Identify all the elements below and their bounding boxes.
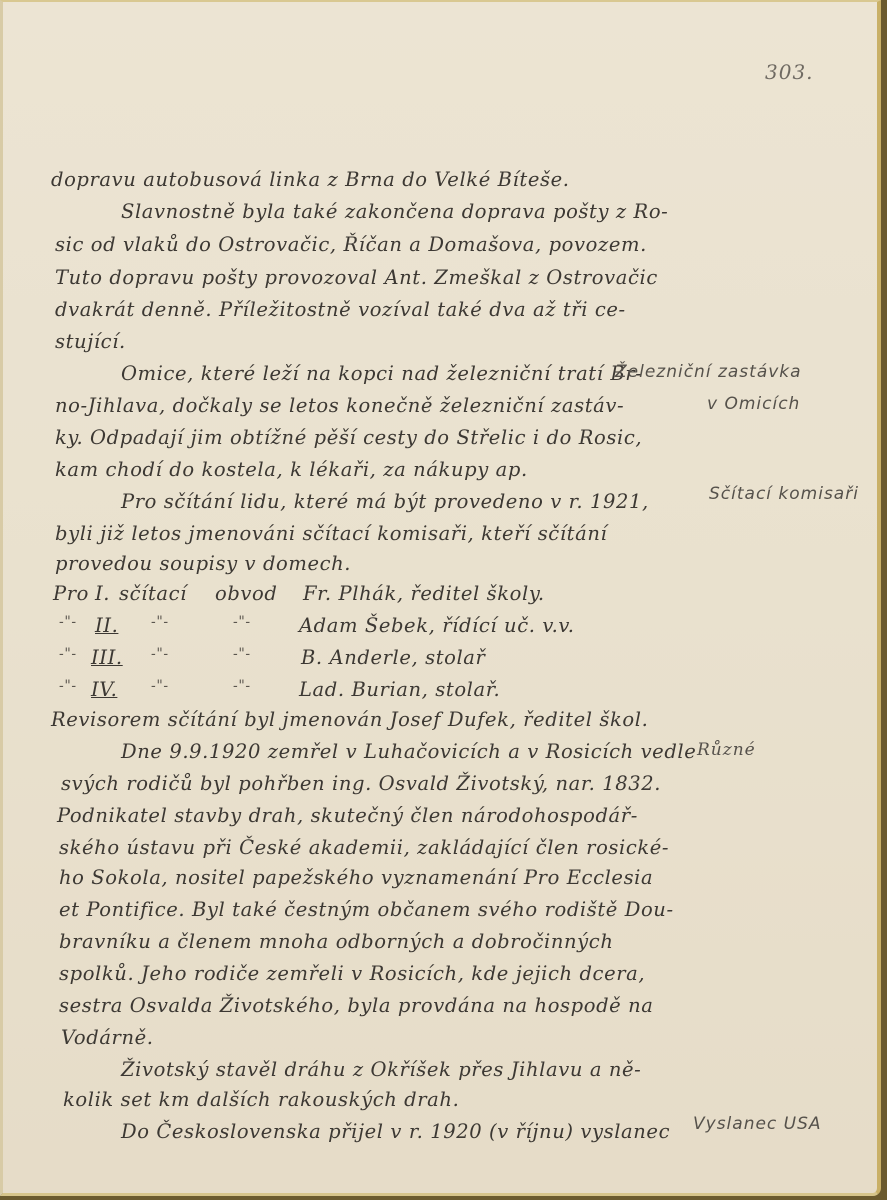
row-prefix: -"-	[59, 614, 77, 630]
margin-note-envoy: Vyslanec USA	[693, 1114, 822, 1134]
margin-note-railway-stop-place: v Omicích	[707, 394, 800, 414]
margin-note-railway-stop: Železniční zastávka	[615, 362, 802, 382]
text-line: sestra Osvalda Životského, byla provdána…	[59, 994, 653, 1017]
district-number: II.	[95, 614, 118, 637]
text-line: ho Sokola, nositel papežského vyznamenán…	[59, 866, 653, 889]
text-line: byli již letos jmenováni sčítací komisař…	[55, 522, 607, 545]
text-line: Omice, které leží na kopci nad železničn…	[121, 362, 642, 385]
row-person: Fr. Plhák, ředitel školy.	[303, 582, 545, 605]
text-line: kolik set km dalších rakouských drah.	[63, 1088, 459, 1111]
margin-note-various: Různé	[697, 740, 756, 760]
text-line: Slavnostně byla také zakončena doprava p…	[121, 200, 668, 223]
text-line: Podnikatel stavby drah, skutečný člen ná…	[57, 804, 638, 827]
row-person: Adam Šebek, řídící uč. v.v.	[299, 614, 575, 637]
text-line: Vodárně.	[61, 1026, 154, 1049]
district-number: IV.	[91, 678, 117, 701]
row-prefix: -"-	[59, 678, 77, 694]
text-line: Pro sčítání lidu, které má být provedeno…	[121, 490, 649, 513]
text-line: Životský stavěl dráhu z Okříšek přes Jih…	[121, 1058, 641, 1081]
text-line: Tuto dopravu pošty provozoval Ant. Zmešk…	[55, 266, 658, 289]
row-prefix: -"-	[59, 646, 77, 662]
row-col2: -"-	[151, 646, 169, 662]
text-line: Revisorem sčítání byl jmenován Josef Duf…	[51, 708, 648, 731]
row-person: B. Anderle, stolař	[301, 646, 485, 669]
row-col3: -"-	[233, 614, 251, 630]
row-col3: obvod	[215, 582, 277, 605]
text-line: spolků. Jeho rodiče zemřeli v Rosicích, …	[59, 962, 645, 985]
text-line: no-Jihlava, dočkaly se letos konečně žel…	[55, 394, 624, 417]
district-number: I.	[95, 582, 110, 605]
text-line: bravníku a členem mnoha odborných a dobr…	[59, 930, 613, 953]
page-number: 303.	[765, 60, 814, 84]
text-line: Dne 9.9.1920 zemřel v Luhačovicích a v R…	[121, 740, 696, 763]
row-person: Lad. Burian, stolař.	[299, 678, 500, 701]
row-prefix: Pro	[53, 582, 89, 605]
text-line: et Pontifice. Byl také čestným občanem s…	[59, 898, 674, 921]
text-line: sic od vlaků do Ostrovačic, Říčan a Doma…	[55, 233, 647, 256]
row-col2: -"-	[151, 614, 169, 630]
text-line: ky. Odpadají jim obtížné pěší cesty do S…	[55, 426, 642, 449]
row-col3: -"-	[233, 646, 251, 662]
text-line: provedou soupisy v domech.	[55, 552, 351, 575]
text-line: Do Československa přijel v r. 1920 (v ří…	[121, 1120, 670, 1143]
text-line: stující.	[55, 330, 126, 353]
row-col2: sčítací	[119, 582, 187, 605]
row-col3: -"-	[233, 678, 251, 694]
district-number: III.	[91, 646, 123, 669]
text-line: kam chodí do kostela, k lékaři, za nákup…	[55, 458, 528, 481]
text-line: ského ústavu při České akademii, zakláda…	[59, 836, 669, 859]
margin-note-census-commissioners: Sčítací komisaři	[709, 484, 859, 504]
text-line: dvakrát denně. Příležitostně vozíval tak…	[55, 298, 626, 321]
row-col2: -"-	[151, 678, 169, 694]
manuscript-page: 303. dopravu autobusová linka z Brna do …	[0, 0, 881, 1196]
text-line: dopravu autobusová linka z Brna do Velké…	[51, 168, 570, 191]
text-line: svých rodičů byl pohřben ing. Osvald Živ…	[61, 772, 661, 795]
